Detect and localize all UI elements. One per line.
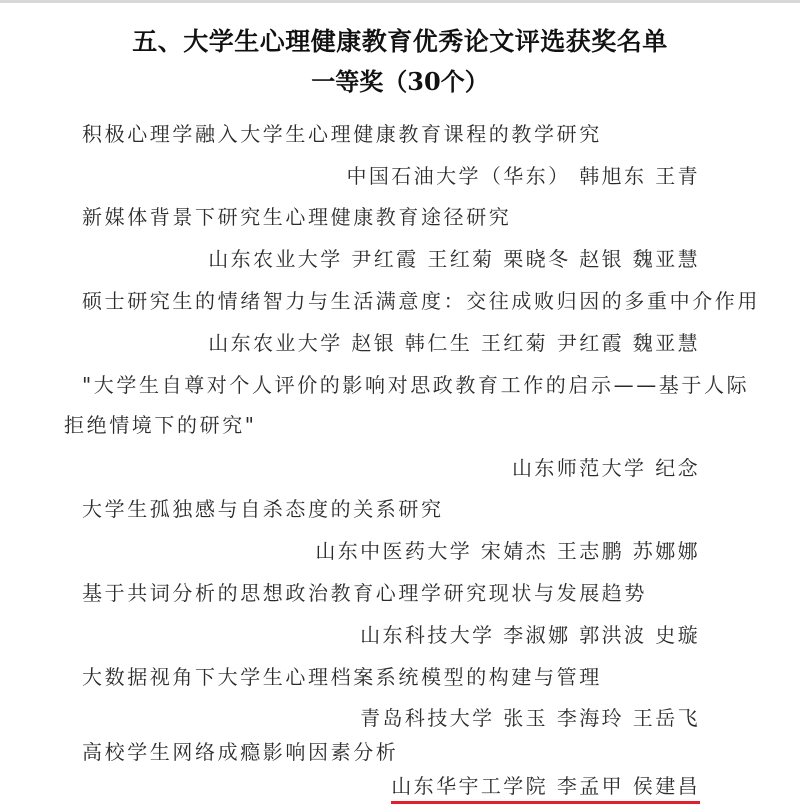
paper-authors: 中国石油大学（华东） 韩旭东 王青 xyxy=(346,164,700,188)
paper-title: 硕士研究生的情绪智力与生活满意度：交往成败归因的多重中介作用 xyxy=(82,289,760,313)
paper-title: 新媒体背景下研究生心理健康教育途径研究 xyxy=(82,205,511,229)
award-level-heading: 一等奖（30个） xyxy=(0,62,800,97)
paper-title-line2: 拒绝情境下的研究" xyxy=(64,413,257,437)
paper-title: 大数据视角下大学生心理档案系统模型的构建与管理 xyxy=(82,665,602,689)
document-heading: 五、大学生心理健康教育优秀论文评选获奖名单 xyxy=(0,22,800,58)
paper-authors: 山东农业大学 赵银 韩仁生 王红菊 尹红霞 魏亚慧 xyxy=(208,331,700,355)
paper-title-line1: "大学生自尊对个人评价的影响对思政教育工作的启示——基于人际 xyxy=(82,373,749,397)
paper-title: 基于共词分析的思想政治教育心理学研究现状与发展趋势 xyxy=(82,581,647,605)
paper-title: 高校学生网络成瘾影响因素分析 xyxy=(82,740,398,764)
highlighted-paper-authors: 山东华宇工学院 李孟甲 侯建昌 xyxy=(391,774,700,804)
paper-title: 大学生孤独感与自杀态度的关系研究 xyxy=(82,497,444,521)
paper-authors: 山东科技大学 李淑娜 郭洪波 史璇 xyxy=(360,623,700,647)
paper-authors: 山东师范大学 纪念 xyxy=(512,456,700,480)
paper-authors: 山东农业大学 尹红霞 王红菊 栗晓冬 赵银 魏亚慧 xyxy=(208,247,700,271)
top-edge-bar xyxy=(0,0,800,3)
paper-authors: 山东中医药大学 宋婧杰 王志鹏 苏娜娜 xyxy=(315,539,700,563)
paper-authors: 青岛科技大学 张玉 李海玲 王岳飞 xyxy=(360,706,700,730)
paper-title: 积极心理学融入大学生心理健康教育课程的教学研究 xyxy=(82,122,602,146)
